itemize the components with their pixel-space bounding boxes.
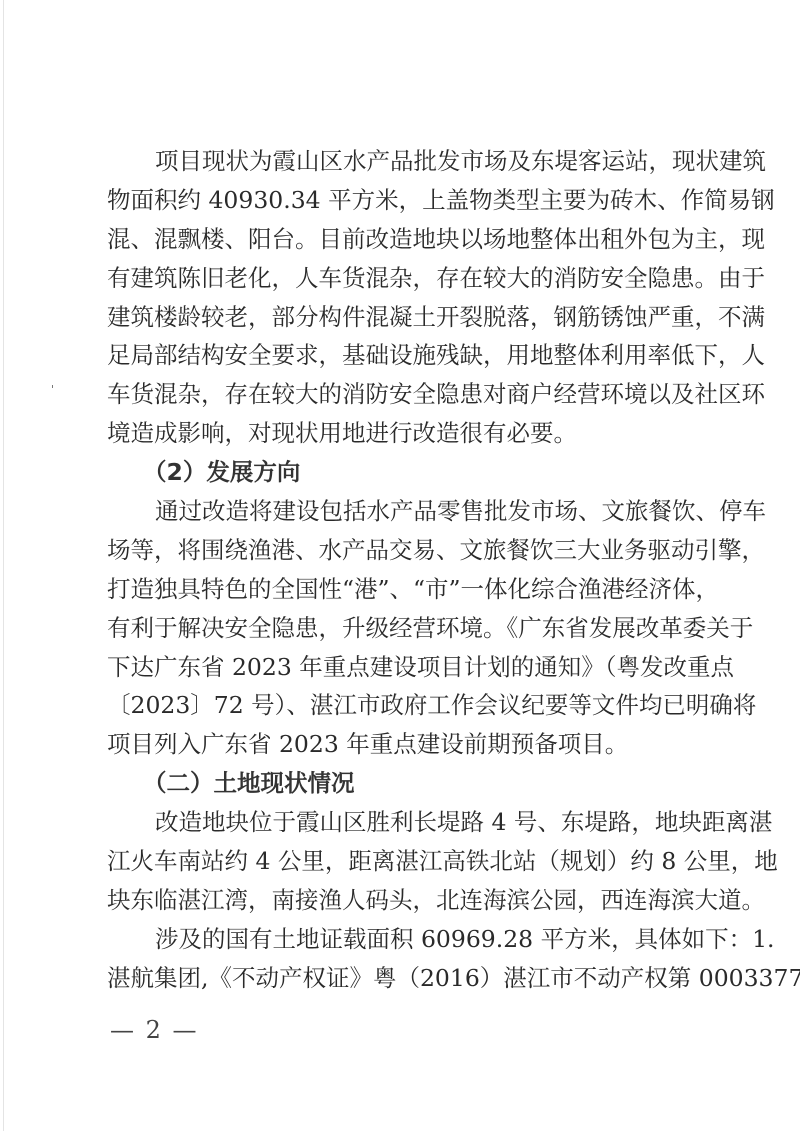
text-line: 车货混杂，存在较大的消防安全隐患对商户经营环境以及社区环 [107,375,707,414]
text-line: 湛航集团,《不动产权证》粤（2016）湛江市不动产权第 0003377 [107,959,707,998]
text-line: 项目列入广东省 2023 年重点建设前期预备项目。 [107,725,707,764]
text-line: 混、混飘楼、阳台。目前改造地块以场地整体出租外包为主，现 [107,220,707,259]
text-line: 场等，将围绕渔港、水产品交易、文旅餐饮三大业务驱动引擎， [107,531,707,570]
text-line: 足局部结构安全要求，基础设施残缺，用地整体利用率低下，人 [107,336,707,375]
text-line: 有利于解决安全隐患，升级经营环境。《广东省发展改革委关于 [107,609,707,648]
scan-border [3,0,4,1131]
text-line: 通过改造将建设包括水产品零售批发市场、文旅餐饮、停车 [107,492,707,531]
scan-speck [52,385,53,388]
text-line: 江火车南站约 4 公里，距离湛江高铁北站（规划）约 8 公里，地 [107,842,707,881]
text-line: 下达广东省 2023 年重点建设项目计划的通知》（粤发改重点 [107,648,707,687]
document-body: 项目现状为霞山区水产品批发市场及东堤客运站，现状建筑 物面积约 40930.34… [107,142,707,998]
page-number: — 2 — [110,1016,199,1044]
paragraph-location: 改造地块位于霞山区胜利长堤路 4 号、东堤路，地块距离湛 江火车南站约 4 公里… [107,803,707,920]
paragraph-current-status: 项目现状为霞山区水产品批发市场及东堤客运站，现状建筑 物面积约 40930.34… [107,142,707,453]
text-line: 〔2023〕72 号）、湛江市政府工作会议纪要等文件均已明确将 [107,686,707,725]
text-line: 建筑楼龄较老，部分构件混凝土开裂脱落，钢筋锈蚀严重，不满 [107,298,707,337]
text-line: 改造地块位于霞山区胜利长堤路 4 号、东堤路，地块距离湛 [107,803,707,842]
text-line: 块东临湛江湾，南接渔人码头，北连海滨公园，西连海滨大道。 [107,881,707,920]
text-line: 项目现状为霞山区水产品批发市场及东堤客运站，现状建筑 [107,142,707,181]
paragraph-development-direction: 通过改造将建设包括水产品零售批发市场、文旅餐饮、停车 场等，将围绕渔港、水产品交… [107,492,707,764]
text-line: 境造成影响，对现状用地进行改造很有必要。 [107,414,707,453]
section-heading-land-status: （二）土地现状情况 [107,764,707,803]
section-heading-development: （2）发展方向 [107,453,707,492]
paragraph-land-area: 涉及的国有土地证载面积 60969.28 平方米，具体如下：1. 湛航集团,《不… [107,920,707,998]
text-line: 物面积约 40930.34 平方米，上盖物类型主要为砖木、作简易钢 [107,181,707,220]
text-line: 有建筑陈旧老化，人车货混杂，存在较大的消防安全隐患。由于 [107,259,707,298]
text-line: 涉及的国有土地证载面积 60969.28 平方米，具体如下：1. [107,920,707,959]
text-line: 打造独具特色的全国性“港”、“市”一体化综合渔港经济体， [107,570,707,609]
